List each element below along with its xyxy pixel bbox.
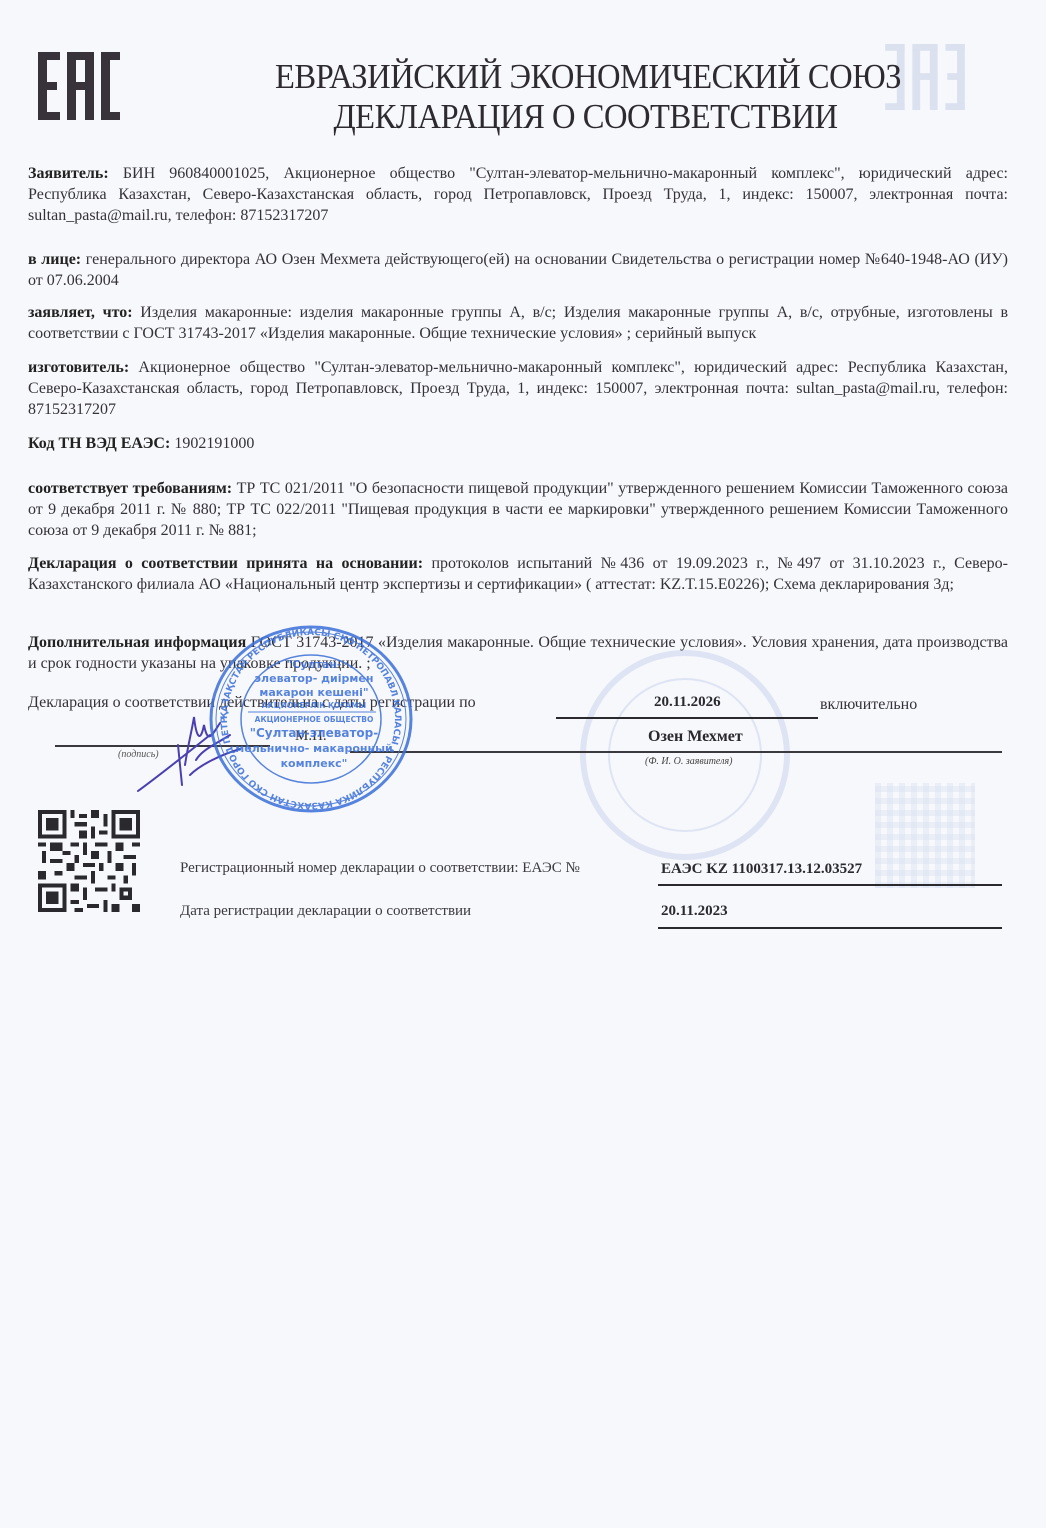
applicant-section: Заявитель: БИН 960840001025, Акционерное… bbox=[28, 163, 1008, 226]
declares-section: заявляет, что: Изделия макаронные: издел… bbox=[28, 302, 1008, 344]
requirements-section: соответствует требованиям: ТР ТС 021/201… bbox=[28, 478, 1008, 541]
registration-date-value: 20.11.2023 bbox=[661, 903, 728, 920]
signer-caption: (Ф. И. О. заявителя) bbox=[645, 756, 732, 767]
svg-text:комплекс": комплекс" bbox=[281, 757, 348, 770]
declares-text: Изделия макаронные: изделия макаронные г… bbox=[28, 304, 1008, 342]
svg-text:элеватор- диірмен: элеватор- диірмен bbox=[255, 672, 374, 685]
manufacturer-label: изготовитель: bbox=[28, 359, 129, 376]
requirements-label: соответствует требованиям: bbox=[28, 480, 232, 497]
applicant-label: Заявитель: bbox=[28, 165, 109, 182]
qr-code-icon bbox=[38, 810, 140, 912]
basis-label: Декларация о соответствии принята на осн… bbox=[28, 555, 423, 572]
hs-code-value: 1902191000 bbox=[170, 435, 254, 452]
declares-label: заявляет, что: bbox=[28, 304, 133, 321]
hs-code-section: Код ТН ВЭД ЕАЭС: 1902191000 bbox=[28, 433, 1008, 454]
validity-underline bbox=[556, 717, 818, 719]
document-title: ЕВРАЗИЙСКИЙ ЭКОНОМИЧЕСКИЙ СОЮЗ ДЕКЛАРАЦИ… bbox=[0, 57, 1046, 137]
applicant-text: БИН 960840001025, Акционерное общество "… bbox=[28, 165, 1008, 224]
signer-name-line bbox=[350, 751, 1002, 753]
validity-suffix: включительно bbox=[820, 696, 917, 714]
signer-name: Озен Мехмет bbox=[648, 728, 743, 746]
registration-number-underline bbox=[658, 884, 1002, 886]
title-union: ЕВРАЗИЙСКИЙ ЭКОНОМИЧЕСКИЙ СОЮЗ bbox=[162, 57, 1014, 97]
represented-by-label: в лице: bbox=[28, 251, 81, 268]
ghost-seal bbox=[580, 650, 790, 860]
registration-number-label: Регистрационный номер декларации о соотв… bbox=[180, 860, 580, 877]
hs-code-label: Код ТН ВЭД ЕАЭС: bbox=[28, 435, 170, 452]
basis-section: Декларация о соответствии принята на осн… bbox=[28, 553, 1008, 595]
svg-text:АКЦИОНЕРЛІК ҚОҒАМЫ: АКЦИОНЕРЛІК ҚОҒАМЫ bbox=[262, 701, 367, 710]
manufacturer-section: изготовитель: Акционерное общество "Султ… bbox=[28, 357, 1008, 420]
validity-date: 20.11.2026 bbox=[654, 694, 721, 711]
additional-info-section: Дополнительная информация ГОСТ 31743-201… bbox=[28, 632, 1008, 674]
represented-by-section: в лице: генерального директора АО Озен М… bbox=[28, 249, 1008, 291]
svg-text:"Султан-: "Султан- bbox=[287, 658, 342, 671]
registration-date-label: Дата регистрации декларации о соответств… bbox=[180, 903, 471, 920]
svg-text:макарон кешені": макарон кешені" bbox=[259, 686, 368, 699]
represented-by-text: генерального директора АО Озен Мехмета д… bbox=[28, 251, 1008, 289]
manufacturer-text: Акционерное общество "Султан-элеватор-ме… bbox=[28, 359, 1008, 418]
declaration-page: ЕВРАЗИЙСКИЙ ЭКОНОМИЧЕСКИЙ СОЮЗ ДЕКЛАРАЦИ… bbox=[0, 0, 1046, 1528]
company-stamp-icon: ҚАЗАҚСТАН РЕСПУБЛИКАСЫ СҚО ПЕТРОПАВЛ ҚАЛ… bbox=[200, 624, 422, 814]
registration-number-value: ЕАЭС KZ 1100317.13.12.03527 bbox=[661, 861, 862, 878]
svg-text:мельнично- макаронный: мельнично- макаронный bbox=[235, 742, 392, 755]
svg-text:АКЦИОНЕРНОЕ ОБЩЕСТВО: АКЦИОНЕРНОЕ ОБЩЕСТВО bbox=[255, 715, 374, 724]
svg-text:"Султан-элеватор-: "Султан-элеватор- bbox=[250, 726, 379, 740]
title-declaration: ДЕКЛАРАЦИЯ О СООТВЕТСТВИИ bbox=[157, 97, 1014, 137]
registration-date-underline bbox=[658, 927, 1002, 929]
ghost-qr bbox=[875, 783, 975, 888]
